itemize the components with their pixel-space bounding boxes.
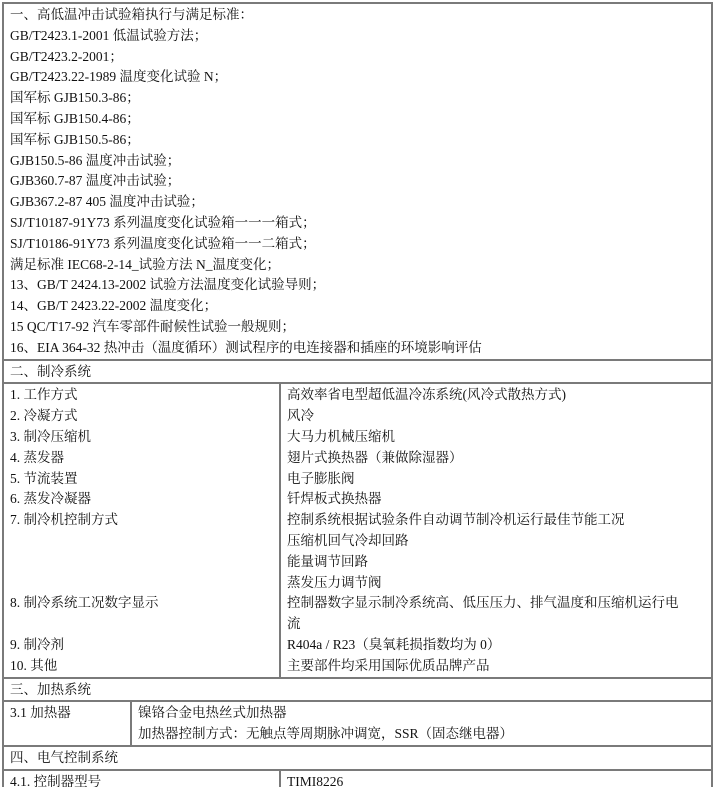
standard-item: 15 QC/T17-92 汽车零部件耐候性试验一般规则；	[10, 317, 705, 338]
standards-row: 一、高低温冲击试验箱执行与满足标准： GB/T2423.1-2001 低温试验方…	[2, 2, 713, 361]
spec-value: 蒸发压力调节阀	[287, 573, 705, 594]
section-title-text: 二、制冷系统	[10, 362, 705, 383]
standard-item: 国军标 GJB150.4-86；	[10, 109, 705, 130]
spec-label: 9. 制冷剂	[10, 635, 273, 656]
section-title: 二、制冷系统	[4, 361, 711, 383]
heater-value-cell: 镍铬合金电热丝式加热器 加热器控制方式：无触点等周期脉冲调宽，SSR（固态继电器…	[130, 702, 711, 745]
standard-item: SJ/T10186-91Y73 系列温度变化试验箱一一二箱式；	[10, 234, 705, 255]
spec-value: 电子膨胀阀	[287, 469, 705, 490]
spec-value: 加热器控制方式：无触点等周期脉冲调宽，SSR（固态继电器）	[138, 724, 705, 745]
spec-table: 一、高低温冲击试验箱执行与满足标准： GB/T2423.1-2001 低温试验方…	[2, 2, 713, 787]
spec-label: 2. 冷凝方式	[10, 406, 273, 427]
section-title-text: 四、电气控制系统	[10, 748, 705, 769]
spec-value: 翅片式换热器（兼做除湿器）	[287, 448, 705, 469]
electrical-header-row: 四、电气控制系统	[2, 747, 713, 771]
standard-item: GB/T2423.1-2001 低温试验方法；	[10, 26, 705, 47]
spec-value: 镍铬合金电热丝式加热器	[138, 703, 705, 724]
section-title: 三、加热系统	[4, 679, 711, 701]
spec-label	[10, 531, 273, 552]
spec-value: TIMI8226	[287, 772, 705, 787]
refrigeration-labels: 1. 工作方式 2. 冷凝方式 3. 制冷压缩机 4. 蒸发器 5. 节流装置 …	[4, 384, 279, 676]
controller-row: 4.1. 控制器型号 TIMI8226	[2, 771, 713, 787]
spec-label: 10. 其他	[10, 656, 273, 677]
spec-value: 控制器数字显示制冷系统高、低压压力、排气温度和压缩机运行电	[287, 593, 705, 614]
standard-item: 国军标 GJB150.5-86；	[10, 130, 705, 151]
spec-value: 主要部件均采用国际优质品牌产品	[287, 656, 705, 677]
heating-header-row: 三、加热系统	[2, 679, 713, 703]
spec-value: 大马力机械压缩机	[287, 427, 705, 448]
spec-value: 控制系统根据试验条件自动调节制冷机运行最佳节能工况	[287, 510, 705, 531]
spec-value: 风冷	[287, 406, 705, 427]
standard-item: GJB367.2-87 405 温度冲击试验；	[10, 192, 705, 213]
heater-label-cell: 3.1 加热器	[4, 702, 130, 745]
controller-value-cell: TIMI8226	[279, 771, 711, 787]
standards-cell: 一、高低温冲击试验箱执行与满足标准： GB/T2423.1-2001 低温试验方…	[4, 4, 711, 359]
spec-value: 高效率省电型超低温冷冻系统(风冷式散热方式)	[287, 385, 705, 406]
standard-item: 16、EIA 364-32 热冲击（温度循环）测试程序的电连接器和插座的环境影响…	[10, 338, 705, 359]
spec-value: 能量调节回路	[287, 552, 705, 573]
spec-label: 1. 工作方式	[10, 385, 273, 406]
standard-item: GJB150.5-86 温度冲击试验；	[10, 151, 705, 172]
spec-value: 压缩机回气冷却回路	[287, 531, 705, 552]
spec-value: 钎焊板式换热器	[287, 489, 705, 510]
section-title: 一、高低温冲击试验箱执行与满足标准：	[10, 5, 705, 26]
standard-item: 国军标 GJB150.3-86；	[10, 88, 705, 109]
spec-label	[10, 552, 273, 573]
standard-item: 14、GB/T 2423.22-2002 温度变化；	[10, 296, 705, 317]
spec-label: 4. 蒸发器	[10, 448, 273, 469]
refrigeration-values: 高效率省电型超低温冷冻系统(风冷式散热方式) 风冷 大马力机械压缩机 翅片式换热…	[279, 384, 711, 676]
heater-row: 3.1 加热器 镍铬合金电热丝式加热器 加热器控制方式：无触点等周期脉冲调宽，S…	[2, 702, 713, 747]
spec-value: R404a / R23（臭氧耗损指数均为 0）	[287, 635, 705, 656]
spec-label: 3. 制冷压缩机	[10, 427, 273, 448]
spec-label: 4.1. 控制器型号	[10, 772, 273, 787]
spacer	[10, 724, 124, 745]
spec-label: 5. 节流装置	[10, 469, 273, 490]
standard-item: 13、GB/T 2424.13-2002 试验方法温度变化试验导则；	[10, 275, 705, 296]
section-title-text: 三、加热系统	[10, 680, 705, 701]
standard-item: GJB360.7-87 温度冲击试验；	[10, 171, 705, 192]
refrigeration-header-row: 二、制冷系统	[2, 361, 713, 385]
standard-item: SJ/T10187-91Y73 系列温度变化试验箱一一一箱式；	[10, 213, 705, 234]
spec-label: 6. 蒸发冷凝器	[10, 489, 273, 510]
standard-item: GB/T2423.2-2001；	[10, 47, 705, 68]
spec-label	[10, 614, 273, 635]
standard-item: GB/T2423.22-1989 温度变化试验 N；	[10, 67, 705, 88]
spec-label	[10, 573, 273, 594]
spec-label: 7. 制冷机控制方式	[10, 510, 273, 531]
controller-label-cell: 4.1. 控制器型号	[4, 771, 279, 787]
spec-label: 3.1 加热器	[10, 703, 124, 724]
standard-item: 满足标准 IEC68-2-14_试验方法 N_温度变化；	[10, 255, 705, 276]
spec-value: 流	[287, 614, 705, 635]
section-title: 四、电气控制系统	[4, 747, 711, 769]
refrigeration-body-row: 1. 工作方式 2. 冷凝方式 3. 制冷压缩机 4. 蒸发器 5. 节流装置 …	[2, 384, 713, 678]
spec-label: 8. 制冷系统工况数字显示	[10, 593, 273, 614]
